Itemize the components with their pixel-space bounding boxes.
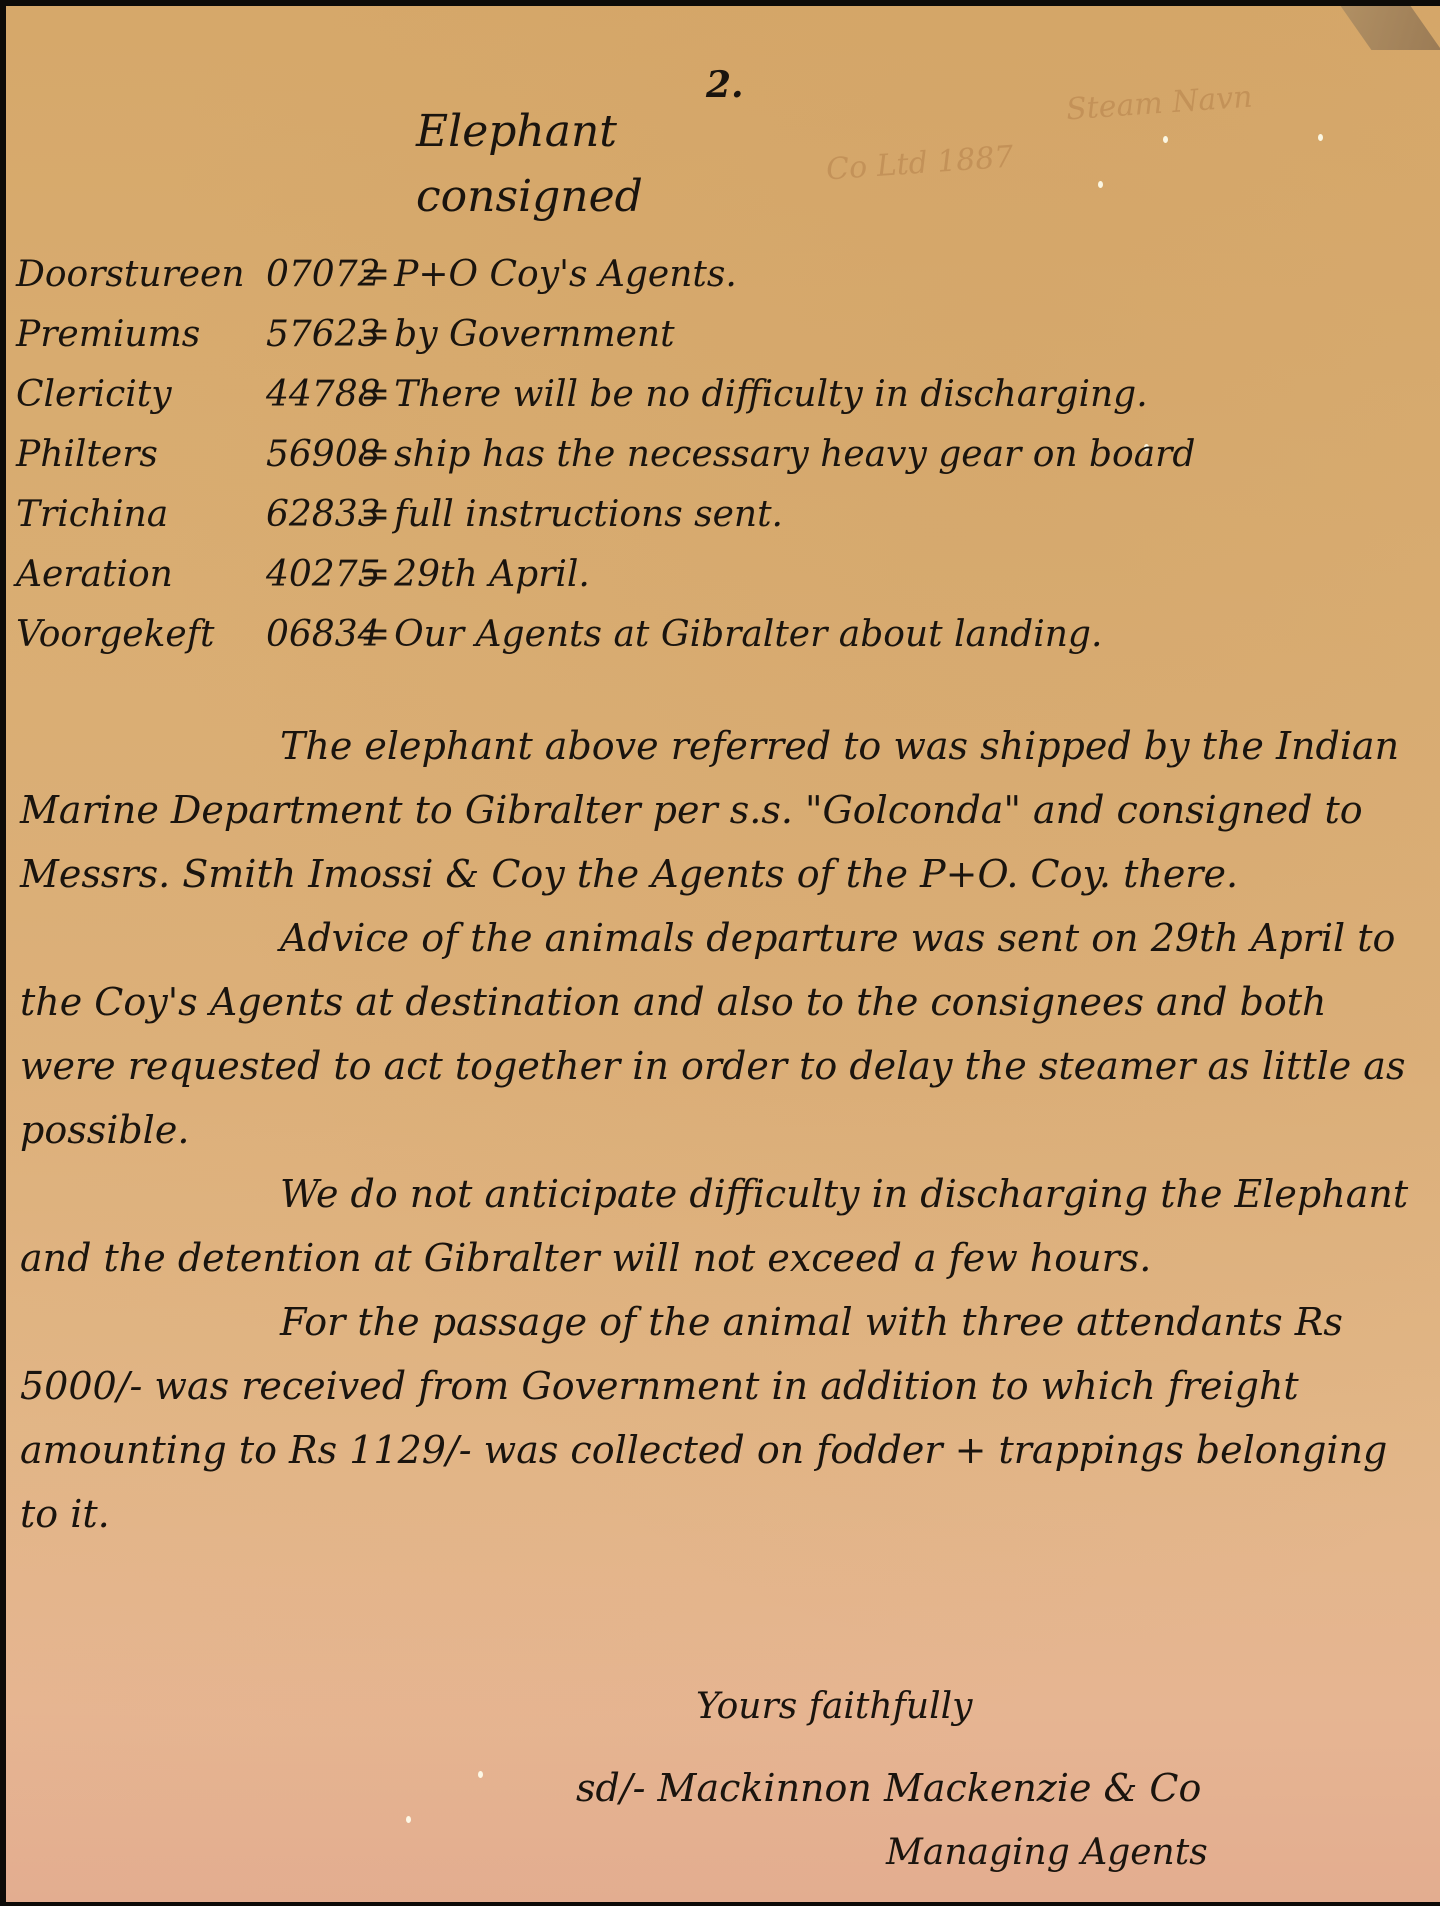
paper-speck bbox=[478, 1771, 483, 1778]
code-number: 07072 bbox=[266, 254, 356, 295]
code-meaning: Our Agents at Gibralter about landing. bbox=[394, 614, 1102, 655]
code-number: 40275 bbox=[266, 554, 356, 595]
paper-speck bbox=[1098, 181, 1103, 188]
code-number: 06834 bbox=[266, 614, 356, 655]
code-number: 56908 bbox=[266, 434, 356, 475]
paragraph-payment: For the passage of the animal with three… bbox=[20, 1290, 1420, 1546]
letter-body: The elephant above referred to was shipp… bbox=[20, 714, 1420, 1546]
paragraph-advice: Advice of the animals departure was sent… bbox=[20, 906, 1420, 1162]
equals-sign: = bbox=[360, 614, 390, 655]
paper-speck bbox=[1318, 134, 1323, 141]
code-meaning: 29th April. bbox=[394, 554, 590, 595]
paragraph-shipment: The elephant above referred to was shipp… bbox=[20, 714, 1420, 906]
page-number: 2. bbox=[706, 64, 744, 106]
equals-sign: = bbox=[360, 434, 390, 475]
code-word: Philters bbox=[16, 434, 266, 475]
code-meaning: ship has the necessary heavy gear on boa… bbox=[394, 434, 1195, 475]
torn-corner bbox=[1341, 6, 1440, 50]
code-number: 44788 bbox=[266, 374, 356, 415]
code-word: Doorstureen bbox=[16, 254, 266, 295]
code-word: Premiums bbox=[16, 314, 266, 355]
letter-page: Steam Navn Co Ltd 1887 2. Elephant consi… bbox=[6, 6, 1440, 1902]
equals-sign: = bbox=[360, 314, 390, 355]
signature: sd/- Mackinnon Mackenzie & Co bbox=[576, 1766, 1201, 1810]
equals-sign: = bbox=[360, 254, 390, 295]
telegraph-code-table: Doorstureen 07072 = P+O Coy's Agents. Pr… bbox=[16, 254, 1436, 674]
code-row: Aeration 40275 = 29th April. bbox=[16, 554, 1436, 614]
bleed-through-text: Steam Navn bbox=[1065, 80, 1254, 128]
code-row: Voorgekeft 06834 = Our Agents at Gibralt… bbox=[16, 614, 1436, 674]
code-row: Premiums 57623 = by Government bbox=[16, 314, 1436, 374]
code-row: Doorstureen 07072 = P+O Coy's Agents. bbox=[16, 254, 1436, 314]
code-number: 57623 bbox=[266, 314, 356, 355]
heading-line-2: consigned bbox=[416, 171, 643, 222]
code-row: Clericity 44788 = There will be no diffi… bbox=[16, 374, 1436, 434]
code-meaning: full instructions sent. bbox=[394, 494, 783, 535]
paper-speck bbox=[1163, 136, 1168, 143]
bleed-through-text: Co Ltd 1887 bbox=[825, 139, 1015, 187]
equals-sign: = bbox=[360, 554, 390, 595]
code-row: Trichina 62833 = full instructions sent. bbox=[16, 494, 1436, 554]
signature-title: Managing Agents bbox=[886, 1832, 1208, 1873]
paper-speck bbox=[406, 1816, 411, 1823]
code-meaning: P+O Coy's Agents. bbox=[394, 254, 737, 295]
heading-line-1: Elephant bbox=[416, 106, 617, 157]
closing-salutation: Yours faithfully bbox=[696, 1686, 972, 1727]
code-word: Clericity bbox=[16, 374, 266, 415]
paragraph-discharge: We do not anticipate difficulty in disch… bbox=[20, 1162, 1420, 1290]
code-meaning: There will be no difficulty in dischargi… bbox=[394, 374, 1147, 415]
code-meaning: by Government bbox=[394, 314, 674, 355]
code-word: Voorgekeft bbox=[16, 614, 266, 655]
code-word: Aeration bbox=[16, 554, 266, 595]
equals-sign: = bbox=[360, 494, 390, 535]
equals-sign: = bbox=[360, 374, 390, 415]
code-row: Philters 56908 = ship has the necessary … bbox=[16, 434, 1436, 494]
code-number: 62833 bbox=[266, 494, 356, 535]
code-word: Trichina bbox=[16, 494, 266, 535]
